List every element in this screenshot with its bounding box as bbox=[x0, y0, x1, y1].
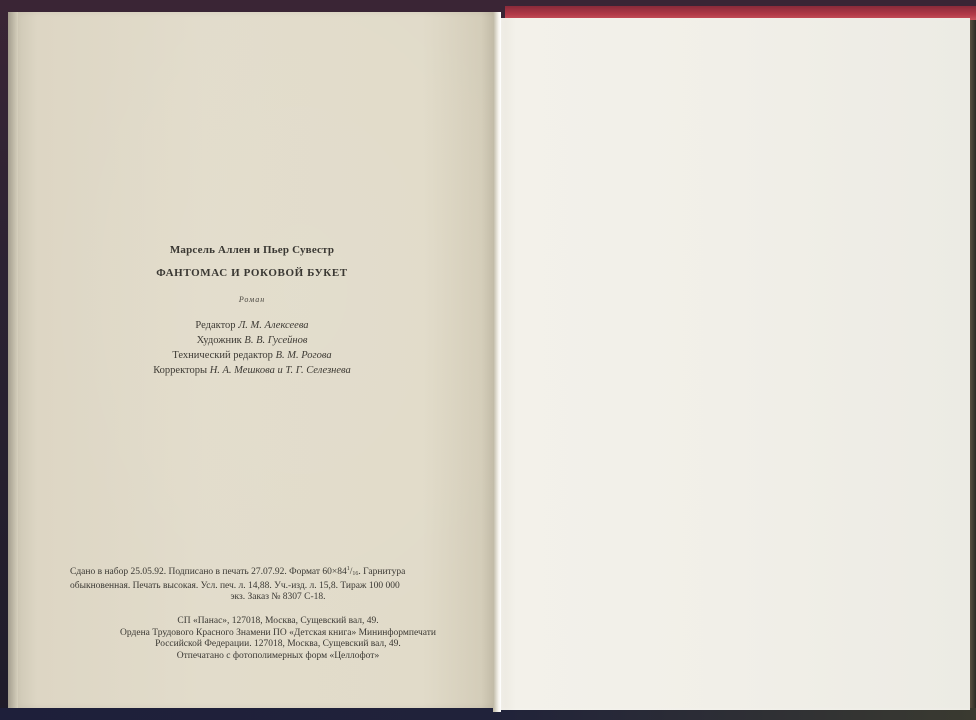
credit-role: Корректоры bbox=[153, 365, 207, 376]
credit-editor: Редактор Л. М. Алексеева bbox=[8, 318, 496, 333]
book-genre: Роман bbox=[8, 295, 496, 304]
credits-block: Редактор Л. М. Алексеева Художник В. В. … bbox=[8, 318, 496, 378]
credit-name: В. М. Рогова bbox=[276, 350, 332, 361]
credit-role: Редактор bbox=[195, 320, 235, 331]
print-details-line-3: экз. Заказ № 8307 С-18. bbox=[70, 592, 486, 604]
print-details-line-1: Сдано в набор 25.05.92. Подписано в печа… bbox=[70, 564, 486, 581]
print-details-line-2: обыкновенная. Печать высокая. Усл. печ. … bbox=[70, 581, 486, 593]
book-author: Марсель Аллен и Пьер Сувестр bbox=[8, 244, 496, 256]
publisher-line: Российской Федерации. 127018, Москва, Су… bbox=[70, 639, 486, 651]
credit-artist: Художник В. В. Гусейнов bbox=[8, 333, 496, 348]
right-page-blank bbox=[497, 18, 970, 710]
format-numerator: 1 bbox=[347, 566, 350, 572]
credit-tech-editor: Технический редактор В. М. Рогова bbox=[8, 348, 496, 363]
book-gutter bbox=[493, 12, 501, 712]
credit-role: Технический редактор bbox=[172, 350, 273, 361]
publisher-line: СП «Панас», 127018, Москва, Сущевский ва… bbox=[70, 616, 486, 628]
publisher-line: Ордена Трудового Красного Знамени ПО «Де… bbox=[70, 628, 486, 640]
credit-name: В. В. Гусейнов bbox=[244, 335, 307, 346]
print-details: Сдано в набор 25.05.92. Подписано в печа… bbox=[70, 564, 486, 604]
cover-right-edge bbox=[970, 20, 976, 720]
print-details-text: . Гарнитура bbox=[358, 567, 405, 577]
credit-role: Художник bbox=[197, 335, 242, 346]
print-details-text: Сдано в набор 25.05.92. Подписано в печа… bbox=[70, 567, 347, 577]
credit-name: Н. А. Мешкова и Т. Г. Селезнева bbox=[210, 365, 351, 376]
publisher-line: Отпечатано с фотополимерных форм «Целлоф… bbox=[70, 651, 486, 663]
publisher-details: СП «Панас», 127018, Москва, Сущевский ва… bbox=[70, 616, 486, 662]
credit-proofreaders: Корректоры Н. А. Мешкова и Т. Г. Селезне… bbox=[8, 363, 496, 378]
credit-name: Л. М. Алексеева bbox=[238, 320, 308, 331]
left-page: Марсель Аллен и Пьер Сувестр ФАНТОМАС И … bbox=[8, 12, 496, 708]
book-title: ФАНТОМАС И РОКОВОЙ БУКЕТ bbox=[8, 267, 496, 279]
